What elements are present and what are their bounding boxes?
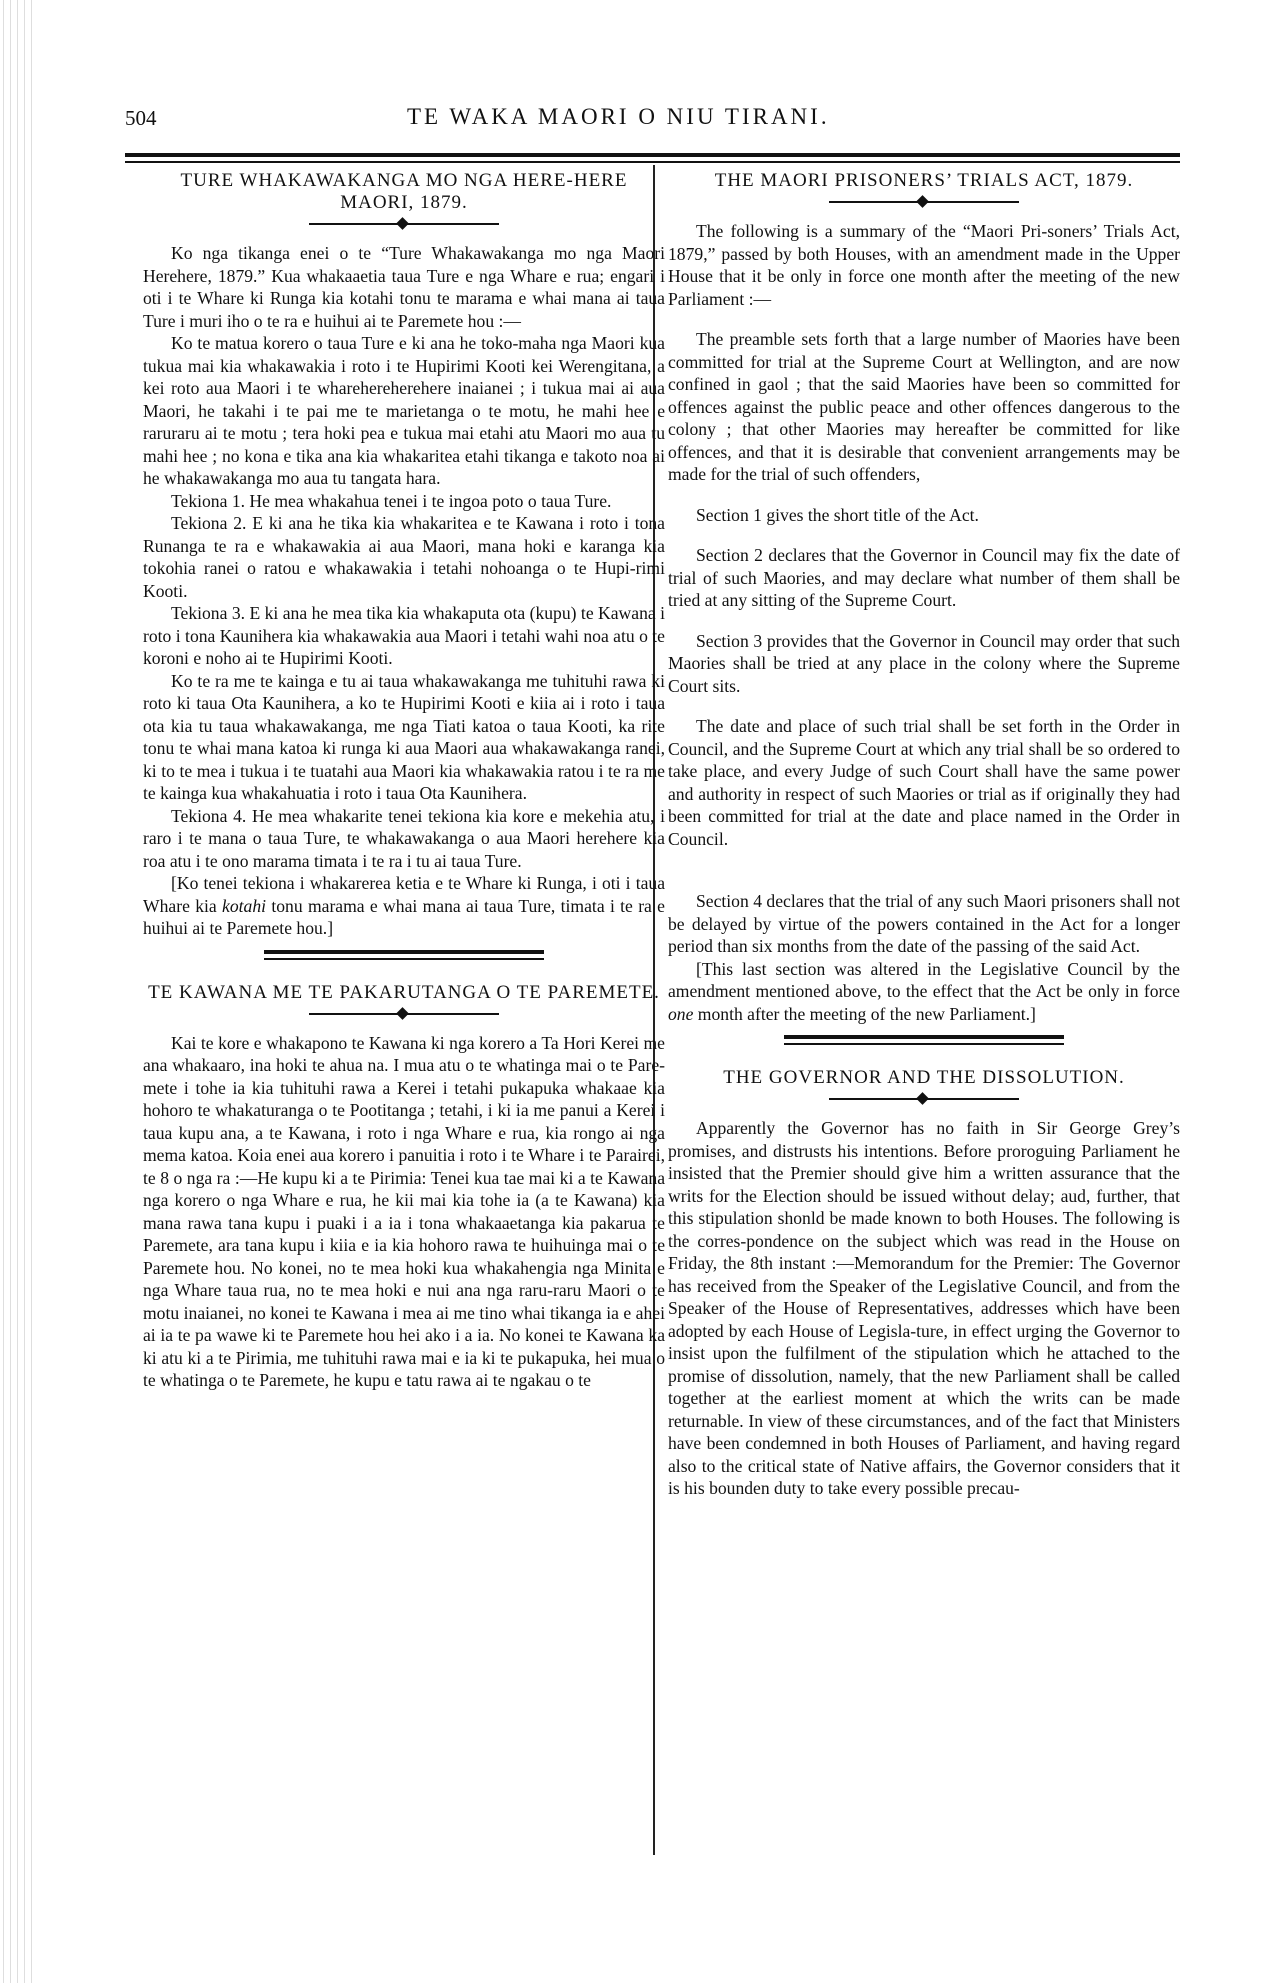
paragraph: The date and place of such trial shall b… [668, 715, 1180, 850]
article-maori-prisoners-trials-act: THE MAORI PRISONERS’ TRIALS ACT, 1879. T… [668, 170, 1180, 1025]
bracket-note: [Ko tenei tekiona i whakarerea ketia e t… [143, 872, 665, 940]
article-title: TE KAWANA ME TE PAKARUTANGA O TE PAREMET… [143, 982, 665, 1004]
paragraph: Tekiona 1. He mea whakahua tenei i te in… [143, 490, 665, 513]
right-column: THE MAORI PRISONERS’ TRIALS ACT, 1879. T… [668, 170, 1180, 1500]
article-ture-whakawakanga: TURE WHAKAWAKANGA MO NGA HERE-HERE MAORI… [143, 170, 665, 940]
paragraph: Ko te matua korero o taua Ture e ki ana … [143, 332, 665, 490]
article-te-kawana: TE KAWANA ME TE PAKARUTANGA O TE PAREMET… [143, 982, 665, 1392]
paragraph: Apparently the Governor has no faith in … [668, 1117, 1180, 1500]
paragraph: Section 3 provides that the Governor in … [668, 630, 1180, 698]
italic-emphasis: kotahi [222, 896, 266, 916]
article-title: TURE WHAKAWAKANGA MO NGA HERE-HERE MAORI… [143, 170, 665, 214]
section-separator [264, 950, 544, 960]
paragraph: Section 4 declares that the trial of any… [668, 890, 1180, 958]
page-header: 504 TE WAKA MAORI O NIU TIRANI. [125, 100, 1180, 130]
diamond-rule-ornament [829, 198, 1019, 206]
article-governor-dissolution: THE GOVERNOR AND THE DISSOLUTION. Appare… [668, 1067, 1180, 1500]
article-title: THE GOVERNOR AND THE DISSOLUTION. [668, 1067, 1180, 1089]
paragraph: Tekiona 4. He mea whakarite tenei tekion… [143, 805, 665, 873]
paragraph: Ko nga tikanga enei o te “Ture Whakawaka… [143, 242, 665, 332]
paragraph: Tekiona 2. E ki ana he tika kia whakarit… [143, 512, 665, 602]
header-rule-thin [125, 161, 1180, 163]
paragraph: The following is a summary of the “Maori… [668, 220, 1180, 310]
scan-gutter-edge [0, 0, 32, 1983]
section-separator [784, 1035, 1064, 1045]
paragraph: The preamble sets forth that a large num… [668, 328, 1180, 486]
italic-emphasis: one [668, 1004, 693, 1024]
diamond-rule-ornament [309, 220, 499, 228]
paragraph: Ko te ra me te kainga e tu ai taua whaka… [143, 670, 665, 805]
header-rule-thick [125, 153, 1180, 157]
paragraph: Section 2 declares that the Governor in … [668, 544, 1180, 612]
diamond-rule-ornament [309, 1010, 499, 1018]
diamond-rule-ornament [829, 1095, 1019, 1103]
paragraph: Section 1 gives the short title of the A… [668, 504, 1180, 527]
bracket-note: [This last section was altered in the Le… [668, 958, 1180, 1026]
running-title: TE WAKA MAORI O NIU TIRANI. [407, 104, 830, 130]
paragraph: Tekiona 3. E ki ana he mea tika kia whak… [143, 602, 665, 670]
article-title: THE MAORI PRISONERS’ TRIALS ACT, 1879. [668, 170, 1180, 192]
left-column: TURE WHAKAWAKANGA MO NGA HERE-HERE MAORI… [143, 170, 665, 1392]
page-number: 504 [125, 106, 157, 131]
paragraph: Kai te kore e whakapono te Kawana ki nga… [143, 1032, 665, 1392]
